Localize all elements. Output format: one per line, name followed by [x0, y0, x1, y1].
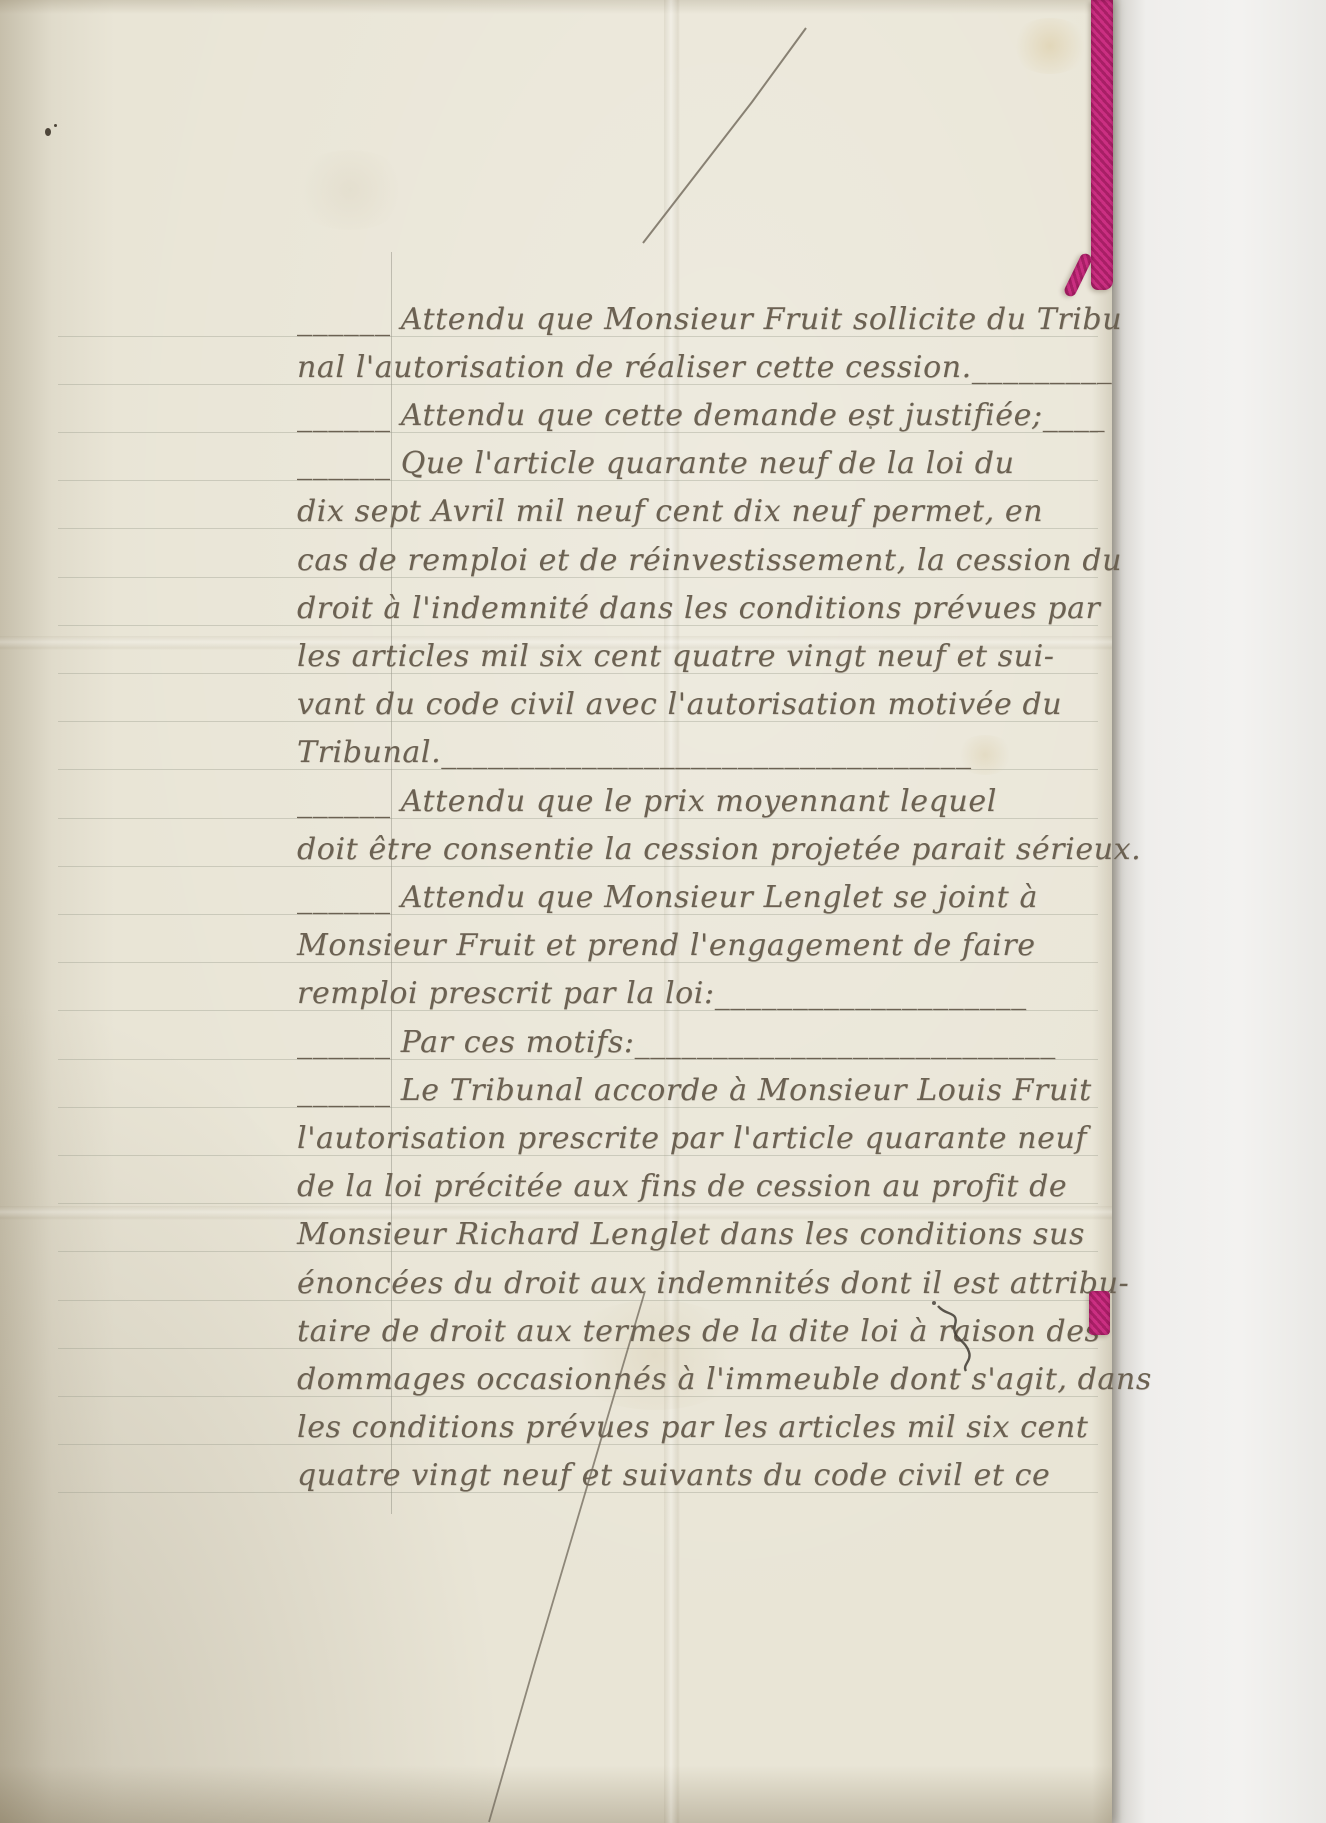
handwriting-line: nal l'autorisation de réaliser cette ces… [297, 342, 1112, 385]
handwriting-line: Tribunal._______________________________… [297, 727, 972, 770]
handwriting-line: Monsieur Fruit et prend l'engagement de … [297, 920, 1036, 963]
handwriting-line: ______ Attendu que Monsieur Lenglet se j… [297, 872, 1038, 915]
handwriting-line: ______ Attendu que le prix moyennant leq… [297, 776, 997, 819]
handwriting-line: droit à l'indemnité dans les conditions … [297, 583, 1101, 626]
binding-ribbon-bottom [1089, 1291, 1110, 1335]
handwriting-block: ______ Attendu que Monsieur Fruit sollic… [0, 0, 1112, 1823]
handwriting-line: dix sept Avril mil neuf cent dix neuf pe… [297, 486, 1043, 529]
handwriting-line: ______ Que l'article quarante neuf de la… [297, 438, 1015, 481]
handwriting-line: vant du code civil avec l'autorisation m… [297, 679, 1062, 722]
handwriting-line: les articles mil six cent quatre vingt n… [297, 631, 1055, 674]
handwriting-line: doit être consentie la cession projetée … [297, 824, 1141, 867]
paper-sheet: ______ Attendu que Monsieur Fruit sollic… [0, 0, 1112, 1823]
handwriting-line: quatre vingt neuf et suivants du code ci… [297, 1450, 1050, 1493]
scanner-background [1112, 0, 1326, 1823]
scanned-page: ______ Attendu que Monsieur Fruit sollic… [0, 0, 1326, 1823]
handwriting-line: les conditions prévues par les articles … [297, 1402, 1088, 1445]
binding-ribbon-top [1091, 0, 1113, 290]
handwriting-line: ______ Attendu que Monsieur Fruit sollic… [297, 294, 1122, 337]
handwriting-line: cas de remploi et de réinvestissement, l… [297, 535, 1122, 578]
handwriting-line: dommages occasionnés à l'immeuble dont s… [297, 1354, 1152, 1397]
handwriting-line: ______ Attendu que cette demande est jus… [297, 390, 1105, 433]
handwriting-line: de la loi précitée aux fins de cession a… [297, 1161, 1067, 1204]
handwriting-line: énoncées du droit aux indemnités dont il… [297, 1258, 1129, 1301]
handwriting-line: Monsieur Richard Lenglet dans les condit… [297, 1209, 1085, 1252]
handwriting-line: ______ Le Tribunal accorde à Monsieur Lo… [297, 1065, 1092, 1108]
handwriting-line: taire de droit aux termes de la dite loi… [297, 1306, 1101, 1349]
handwriting-line: ______ Par ces motifs:__________________… [297, 1017, 1056, 1060]
handwriting-line: l'autorisation prescrite par l'article q… [297, 1113, 1087, 1156]
handwriting-line: remploi prescrit par la loi:____________… [297, 968, 1027, 1011]
